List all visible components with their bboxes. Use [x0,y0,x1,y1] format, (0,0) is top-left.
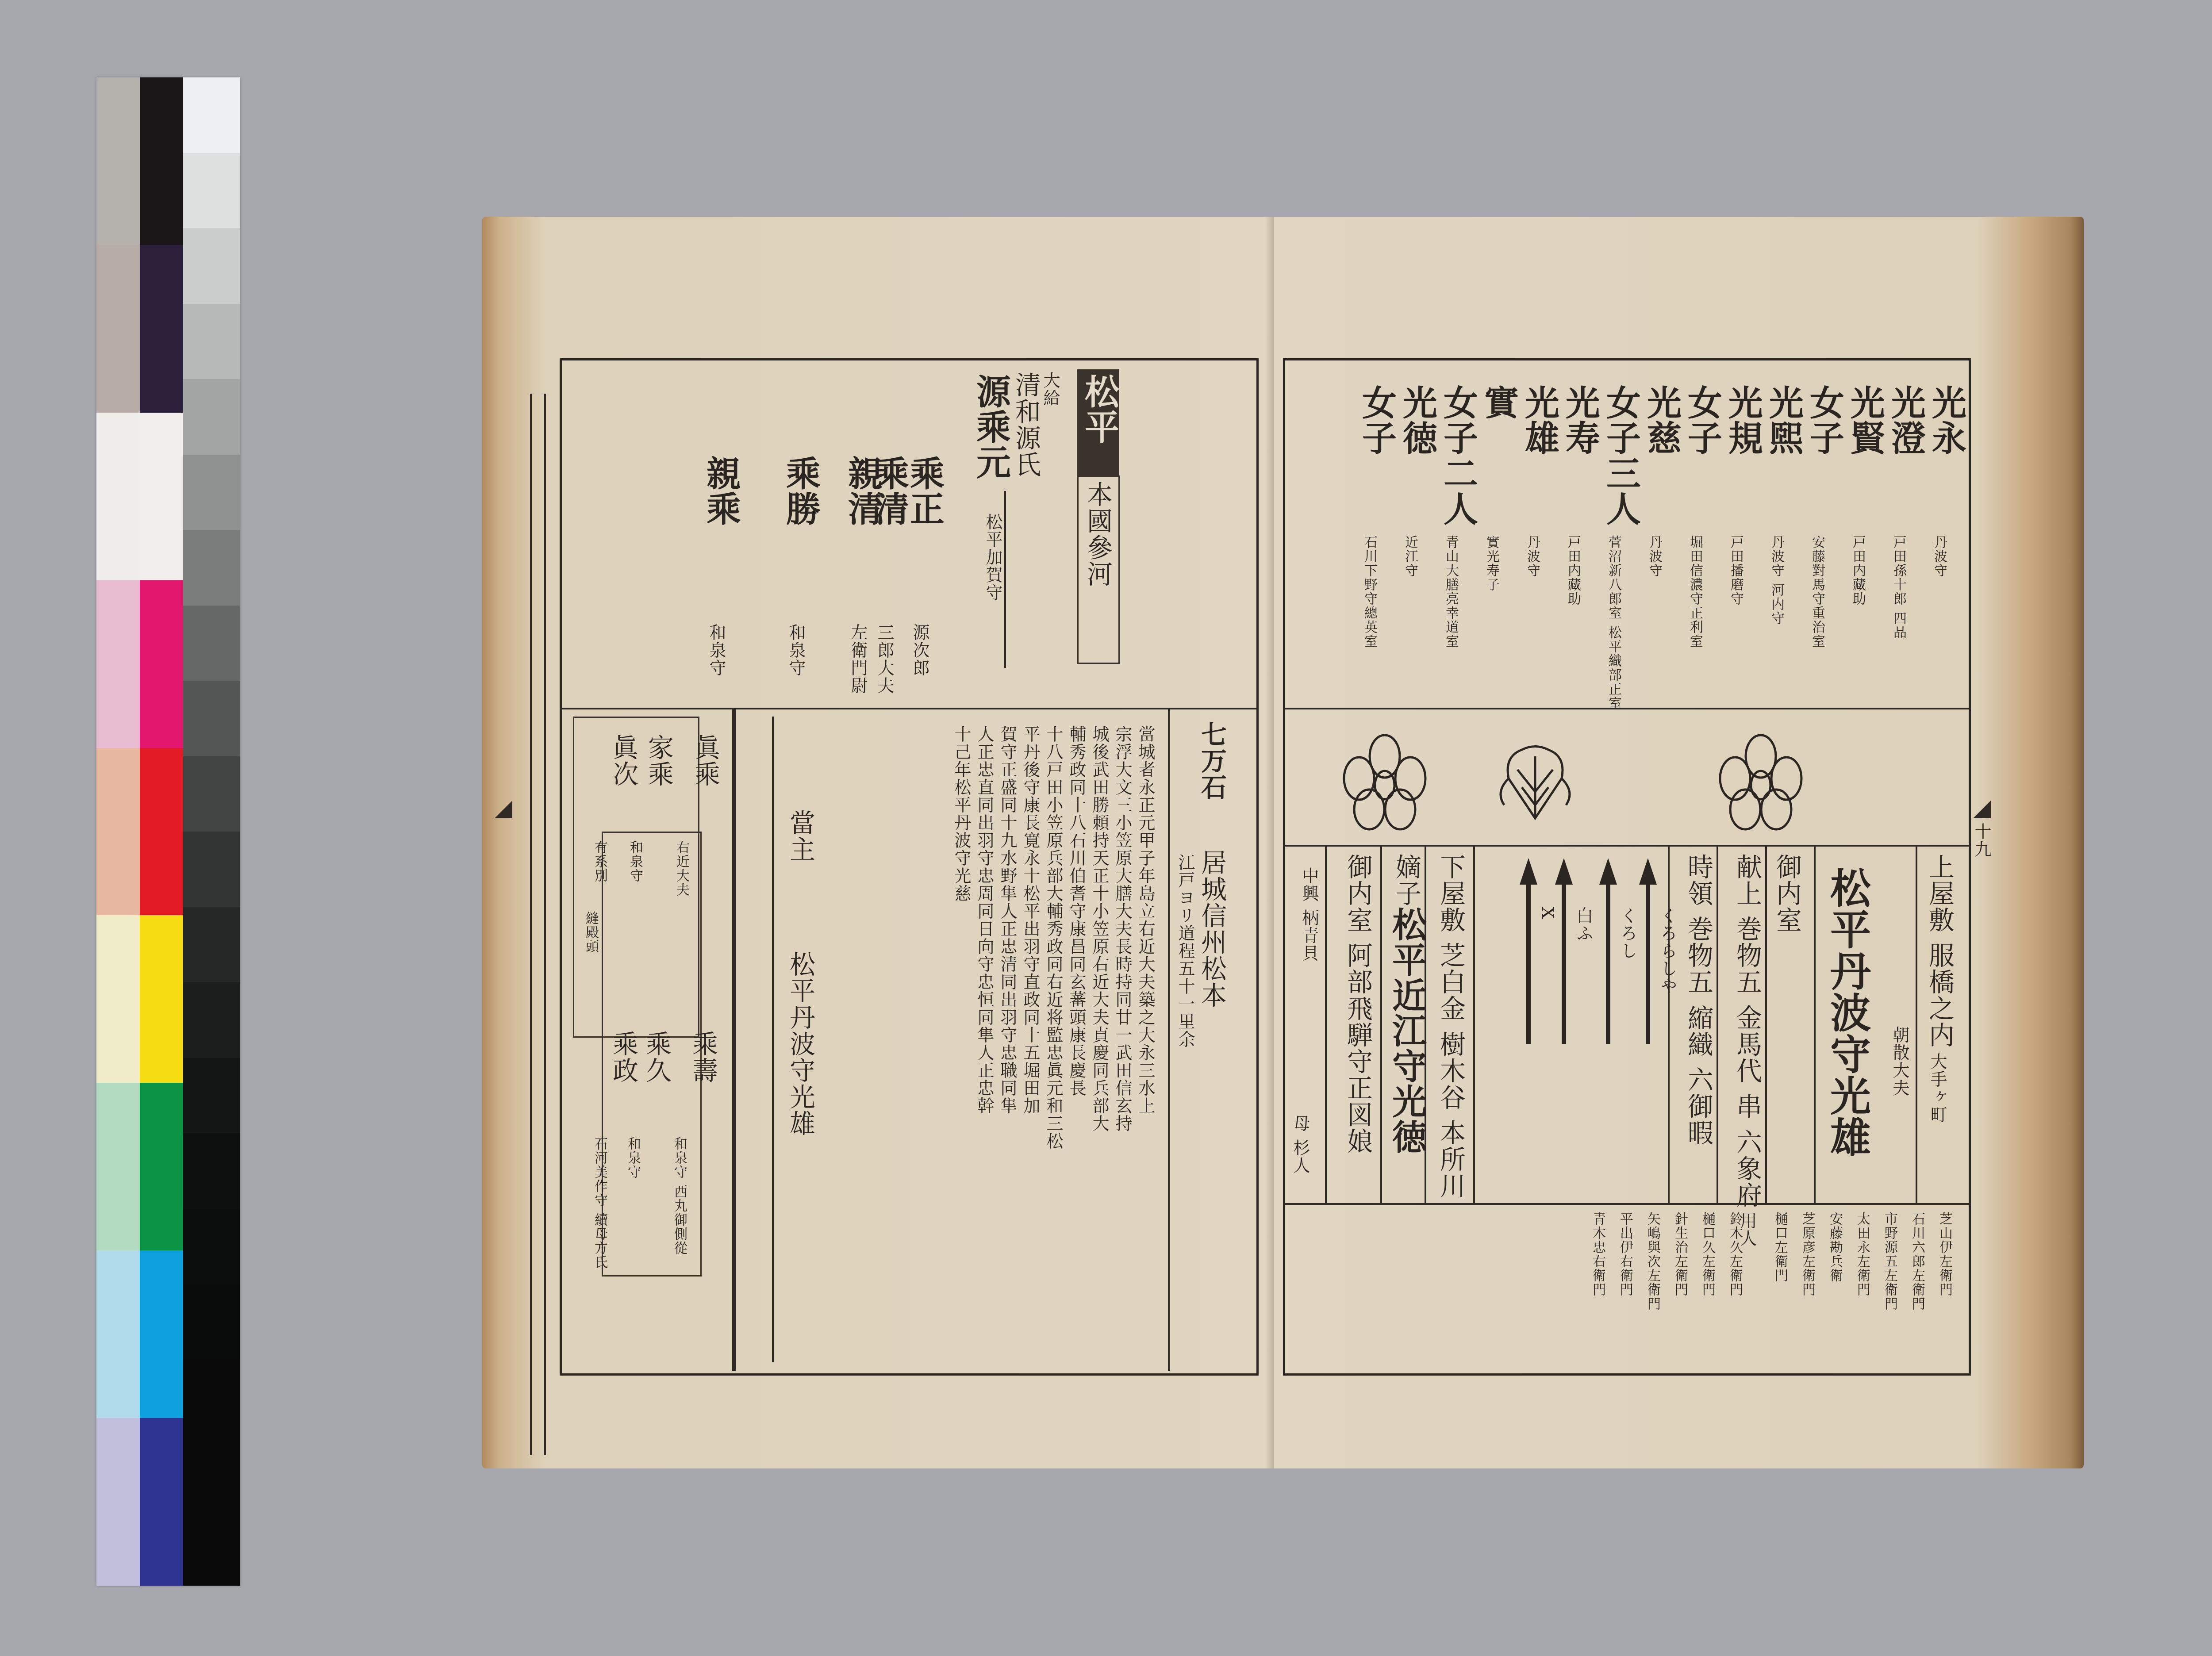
right-page-retainer-divider [1283,1203,1969,1205]
genealogy-name: 乘久 [644,1031,669,1084]
stipend: 七万石 [1199,721,1225,801]
distance-from-edo: 江戸ヨリ道程五十一里余 [1177,854,1194,1048]
heir-residence: 下屋敷 芝白金 樹木谷 本所川 [1438,854,1463,1199]
genealogy-title: 近江守 [1403,535,1417,578]
current-head-rule [772,717,774,1362]
clan-founder: 源乘元 [973,374,1008,480]
gray-step [183,832,240,907]
right-edge-tab-mark [1973,801,1991,818]
history-line: 十八戸田小笠原兵部大輔秀政同右近将監忠眞元和三松 [1045,725,1062,1150]
gray-step [183,1360,240,1435]
home-province-box: 本國參河 [1077,475,1120,664]
genealogy-title: 源次郎 [911,624,928,677]
heir-kamon-note: 母 杉人 [1292,1115,1309,1174]
history-line: 平丹後守康長寛永十松平出羽守直政同十五堀田加 [1022,725,1039,1115]
genealogy-title: 戸田孫十郎 四品 [1892,535,1905,640]
genealogy-title: 和泉守 [628,840,641,883]
genealogy-title: 石川下野守總英室 [1363,535,1376,648]
color-patch [96,1250,140,1418]
genealogy-name: 光永 [1929,385,1963,456]
clan-descent: 清和源氏 [1013,372,1039,478]
color-patch [96,580,140,748]
genealogy-title: 和泉守 [708,624,725,677]
yari-spear-icon [1637,858,1659,1044]
retainer-name: 芝原彦左衛門 [1801,1212,1814,1297]
upper-residence: 上屋敷 服橋之内 [1927,854,1952,1048]
genealogy-title: 和泉守 [626,1137,639,1179]
genealogy-name: 實 [1481,385,1516,420]
genealogy-title: 右近大夫 [675,840,688,897]
color-patch [96,1083,140,1250]
heir-name: 松平近江守光徳 [1389,907,1424,1154]
color-patch [140,748,183,916]
color-patch [140,580,183,748]
heir-gift-note: 中興 柄青貝 [1301,867,1317,962]
genealogy-title: 戸田内藏助 [1851,535,1864,606]
gray-step [183,77,240,153]
cross-mark-icon [1517,858,1540,1044]
gray-step [183,228,240,304]
fore-edge-folio-mark: 十九 [1973,823,1990,858]
entry-rule [1325,845,1327,1203]
genealogy-title: 青山大膳亮幸道室 [1444,535,1457,648]
procession-item-label: X [1540,907,1556,920]
right-page: 十九 光永丹波守光澄戸田孫十郎 四品光賢戸田内藏助女子安藤對馬守重治室光煕丹波守… [1274,217,2084,1468]
gray-step [183,1058,240,1134]
history-line: 城後武田勝頼持天正十小笠原右近大夫貞慶同兵部大 [1091,725,1108,1132]
genealogy-title: 石河美作守 續母方氏 [593,1137,606,1269]
genealogy-title: 戸田内藏助 [1566,535,1579,606]
entry-rule [1916,845,1917,1203]
genealogy-title: 戸田播磨守 [1729,535,1742,606]
five-circle-crest-icon [1703,730,1818,832]
entry-rule [1765,845,1767,1203]
clan-title: 松平 [1082,374,1116,445]
naginata-sheath-icon [1597,858,1619,1044]
genealogy-name: 女子 [1685,385,1719,456]
procession-item-label: くろらしや [1659,907,1676,995]
court-rank: 朝散大夫 [1891,1026,1908,1097]
color-calibration-target [96,77,240,1586]
procession-item-label: 白ふ [1575,907,1592,942]
genealogy-name: 光煕 [1766,385,1801,456]
kasa-umbrella-icon [1553,858,1575,1044]
seasonal-gifts: 時領 巻物五 縮織 六御暇 [1686,854,1711,1146]
genealogy-name: 光寿 [1563,385,1597,456]
gray-step [183,153,240,229]
genealogy-name: 眞次 [611,734,636,787]
color-patch [140,1418,183,1586]
genealogy-title: 實光寿子 [1485,535,1498,592]
heir-label: 嫡子 [1394,854,1419,907]
color-patch [96,915,140,1083]
open-bukan-book: 松平 本國參河 大給 清和源氏 源乘元 松平加賀守 乘正源次郎乘清三郎大夫親清左… [482,217,2084,1468]
gray-step [183,1510,240,1586]
current-head-label: 當主 [787,809,813,862]
gray-step [183,982,240,1058]
color-patch [140,245,183,413]
retainer-name: 石川六郎左衛門 [1910,1212,1924,1311]
history-line: 輔秀政同十八石川伯耆守康昌同玄蕃頭康長慶長 [1068,725,1085,1097]
entry-rule [1668,845,1670,1203]
genealogy-title: 丹波守 [1647,535,1661,578]
entry-rule [1380,845,1382,1203]
gray-step [183,606,240,681]
color-patch [96,413,140,580]
genealogy-title: 安藤對馬守重治室 [1810,535,1824,648]
entry-rule [1473,845,1475,1203]
gray-step [183,907,240,983]
genealogy-title: 丹波守 [1932,535,1946,578]
gray-step [183,379,240,455]
color-patch [140,1083,183,1250]
genealogy-name: 光徳 [1400,385,1434,456]
genealogy-name: 光澄 [1888,385,1923,456]
genealogy-name: 女子 [1359,385,1394,456]
genealogy-name: 女子二人 [1440,385,1475,526]
history-line: 賀守正盛同十九水野隼人正忠清同出羽守忠職同隼 [999,725,1016,1115]
right-page-crest-divider-top [1283,708,1969,709]
five-circle-crest-icon [1327,730,1442,832]
left-page: 松平 本國參河 大給 清和源氏 源乘元 松平加賀守 乘正源次郎乘清三郎大夫親清左… [482,217,1274,1468]
genealogy-title: 三郎大夫 [876,624,893,694]
residence-note: 大手ヶ町 [1929,1053,1946,1123]
retainer-name: 鈴木久左衛門 [1728,1212,1741,1297]
genealogy-name: 乘政 [611,1031,636,1084]
procession-item-label: くろし [1619,907,1636,960]
gray-step [183,455,240,530]
retainer-name: 針生治左衛門 [1673,1212,1686,1297]
official-gifts: 献上 巻物五 金馬代 串 六象府 [1734,854,1760,1208]
genealogy-title: 菅沼新八郎室 松平織部正室 [1607,535,1620,710]
residence-castle: 居城信州松本 [1199,849,1225,1008]
edge-rule [530,394,532,1455]
paulownia-leaf-crest-icon [1491,739,1579,823]
genealogy-name: 女子 [1807,385,1841,456]
left-page-section-divider [560,708,1256,709]
genealogy-name: 乘壽 [690,1031,716,1084]
retainer-name: 市野源五左衛門 [1883,1212,1896,1311]
right-page-crest-divider-bottom [1283,845,1969,847]
genealogy-name: 乘勝 [783,456,818,526]
home-province-label: 本國參河 [1085,481,1110,587]
gray-step [183,304,240,379]
history-column-rule [1168,708,1170,1371]
lord-name: 松平丹波守光雄 [1827,867,1868,1158]
gray-step [183,756,240,832]
history-line: 十己年松平丹波守光慈 [953,725,970,902]
lineage-line [1004,491,1006,668]
genealogy-title: 左衛門尉 [849,624,866,694]
gray-step [183,1284,240,1360]
retainer-name: 芝山伊左衛門 [1938,1212,1951,1297]
color-patch [96,1418,140,1586]
color-patch [140,413,183,580]
retainer-name: 矢嶋與次左衛門 [1646,1212,1659,1311]
genealogy-name: 親清 [845,456,879,526]
current-head-name: 松平丹波守光雄 [787,951,813,1137]
genealogy-title: 和泉守 西丸御側從 [672,1137,686,1255]
gray-step [183,1133,240,1209]
genealogy-title: 丹波守 河内守 [1770,535,1783,625]
retainer-name: 太田永左衛門 [1855,1212,1869,1297]
genealogy-name: 光雄 [1522,385,1556,456]
color-patch [96,748,140,916]
heir-wife: 御内室 阿部飛騨守正図娘 [1345,854,1371,1154]
gray-step [183,1435,240,1510]
genealogy-name: 光慈 [1644,385,1678,456]
color-patch [96,245,140,413]
genealogy-name: 女子三人 [1603,385,1638,526]
current-head-rule [732,708,736,1371]
genealogy-title: 縫殿頭 [584,911,597,954]
entry-rule [1717,845,1718,1203]
retainer-name: 青木忠右衛門 [1591,1212,1604,1297]
genealogy-title: 堀田信濃守正利室 [1688,535,1701,648]
lord-wife: 御内室 [1774,854,1800,933]
color-target-column-saturated [140,77,183,1586]
entry-rule [1814,845,1816,1203]
color-patch [96,77,140,245]
color-patch [140,915,183,1083]
color-target-grayscale [183,77,240,1586]
edge-rule [544,394,546,1455]
gray-step [183,1209,240,1284]
retainer-name: 安藤勘兵衛 [1828,1212,1841,1283]
genealogy-name: 親乘 [703,456,738,526]
genealogy-name: 眞乘 [692,734,718,787]
retainer-name: 平出伊右衛門 [1618,1212,1632,1297]
genealogy-name: 家乘 [646,734,672,787]
genealogy-name: 光賢 [1847,385,1882,456]
color-target-column-light [96,77,140,1586]
gray-step [183,681,240,756]
history-line: 當城者永正元甲子年島立右近大夫築之大永三水上 [1137,725,1154,1115]
clan-title-badge: 松平 [1077,369,1119,475]
color-patch [140,77,183,245]
gray-step [183,530,240,606]
genealogy-name: 光規 [1725,385,1760,456]
history-line: 人正忠直同出羽守忠周同日向守忠恒同隼人正忠幹 [976,725,993,1115]
color-patch [140,1250,183,1418]
retainer-name: 樋口左衛門 [1773,1212,1786,1283]
genealogy-title: 丹波守 [1525,535,1539,578]
lineage-prefix: 大給 [1042,372,1059,407]
genealogy-name: 乘正 [907,456,941,526]
left-edge-tab-mark [495,801,512,818]
history-line: 宗浮大文三小笠原大膳大夫長時持同廿一武田信玄持 [1114,725,1131,1132]
genealogy-title: 有系別 [593,840,606,883]
clan-founder-title: 松平加賀守 [984,513,1001,602]
retainer-name: 樋口久左衛門 [1701,1212,1714,1297]
genealogy-title: 和泉守 [787,624,804,677]
